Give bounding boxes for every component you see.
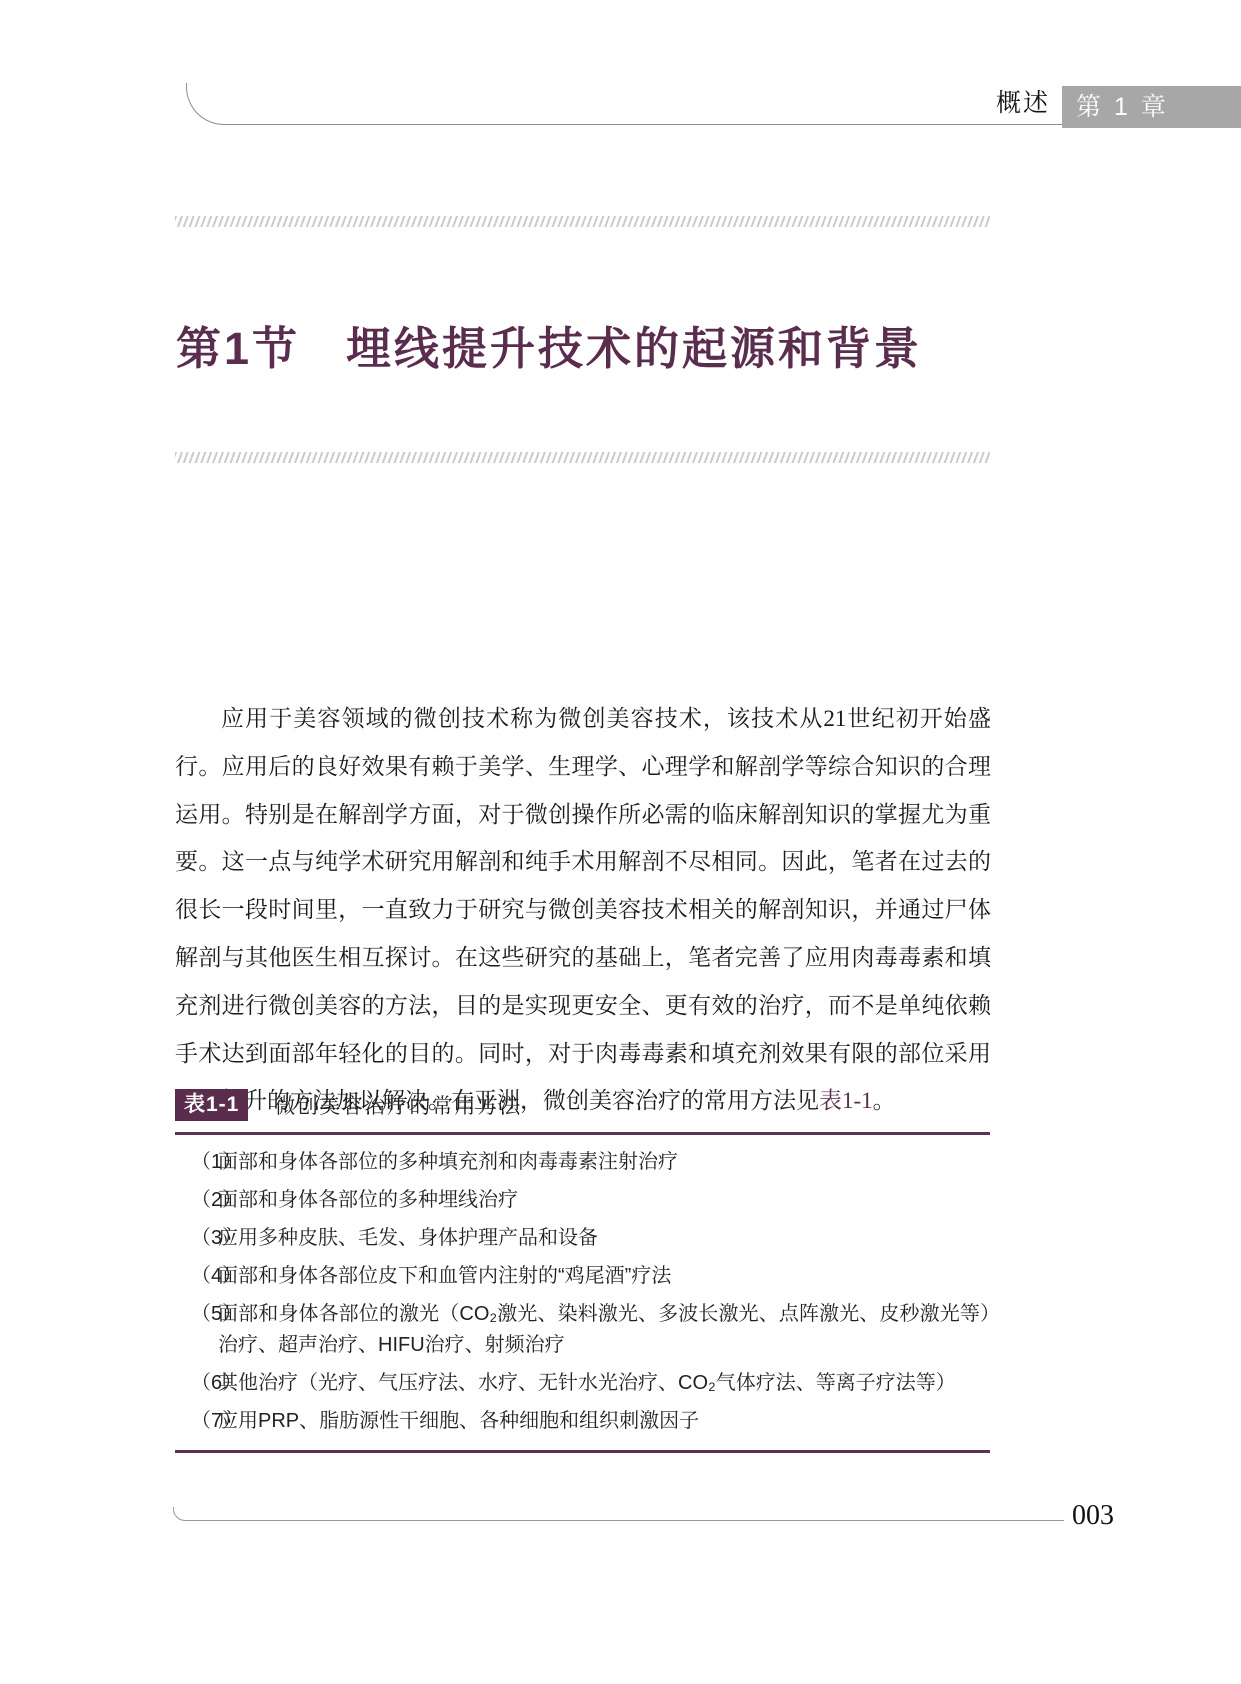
- table-item: （4）面部和身体各部位皮下和血管内注射的“鸡尾酒”疗法: [175, 1261, 990, 1292]
- table-item: （5）面部和身体各部位的激光（CO₂激光、染料激光、多波长激光、点阵激光、皮秒激…: [175, 1299, 990, 1361]
- table-item-number: （2）: [191, 1185, 242, 1216]
- table-item-text: 应用多种皮肤、毛发、身体护理产品和设备: [218, 1227, 598, 1249]
- table-item: （1）面部和身体各部位的多种填充剂和肉毒毒素注射治疗: [175, 1147, 990, 1178]
- table-item-number: （1）: [191, 1147, 242, 1178]
- hatch-bar-bottom: [175, 452, 990, 463]
- section-number: 第1节: [176, 323, 300, 374]
- table-item-number: （7）: [191, 1406, 242, 1437]
- table-caption-row: 表1-1 微创美容治疗的常用方法: [175, 1088, 990, 1122]
- table-item-text: 面部和身体各部位的激光（CO₂激光、染料激光、多波长激光、点阵激光、皮秒激光等）…: [218, 1303, 990, 1356]
- table-item-text: 应用PRP、脂肪源性干细胞、各种细胞和组织刺激因子: [218, 1410, 699, 1432]
- table-item-text: 面部和身体各部位的多种填充剂和肉毒毒素注射治疗: [218, 1151, 678, 1173]
- table-items: （1）面部和身体各部位的多种填充剂和肉毒毒素注射治疗（2）面部和身体各部位的多种…: [175, 1135, 990, 1450]
- table-item: （6）其他治疗（光疗、气压疗法、水疗、无针水光治疗、CO₂气体疗法、等离子疗法等…: [175, 1368, 990, 1399]
- body-paragraph: 应用于美容领域的微创技术称为微创美容技术，该技术从21世纪初开始盛行。应用后的良…: [175, 695, 991, 1125]
- chapter-badge: 第 1 章: [1062, 86, 1241, 128]
- page-number: 003: [1072, 1500, 1114, 1532]
- section-title-text: 埋线提升技术的起源和背景: [346, 323, 922, 374]
- table-item-number: （4）: [191, 1261, 242, 1292]
- table-item: （2）面部和身体各部位的多种埋线治疗: [175, 1185, 990, 1216]
- table-item-number: （5）: [191, 1299, 242, 1330]
- table-item: （3）应用多种皮肤、毛发、身体护理产品和设备: [175, 1223, 990, 1254]
- body-text-before-ref: 应用于美容领域的微创技术称为微创美容技术，该技术从21世纪初开始盛行。应用后的良…: [175, 706, 991, 1113]
- book-page: 概述 第 1 章 第1节埋线提升技术的起源和背景 应用于美容领域的微创技术称为微…: [0, 0, 1241, 1684]
- table-item-text: 面部和身体各部位的多种埋线治疗: [218, 1189, 518, 1211]
- table-item-text: 其他治疗（光疗、气压疗法、水疗、无针水光治疗、CO₂气体疗法、等离子疗法等）: [218, 1372, 956, 1394]
- table-item-number: （3）: [191, 1223, 242, 1254]
- table-item-text: 面部和身体各部位皮下和血管内注射的“鸡尾酒”疗法: [218, 1265, 671, 1287]
- table-bottom-rule: [175, 1450, 990, 1453]
- table-badge: 表1-1: [175, 1089, 248, 1121]
- table-caption-text: 微创美容治疗的常用方法: [274, 1090, 522, 1120]
- hatch-bar-top: [175, 216, 990, 227]
- table-item-number: （6）: [191, 1368, 242, 1399]
- header-section-label: 概述: [842, 88, 1050, 118]
- section-title: 第1节埋线提升技术的起源和背景: [176, 312, 922, 377]
- footer-divider-line: [173, 1507, 1064, 1521]
- table-1-1: 表1-1 微创美容治疗的常用方法 （1）面部和身体各部位的多种填充剂和肉毒毒素注…: [175, 1088, 990, 1453]
- table-item: （7）应用PRP、脂肪源性干细胞、各种细胞和组织刺激因子: [175, 1406, 990, 1437]
